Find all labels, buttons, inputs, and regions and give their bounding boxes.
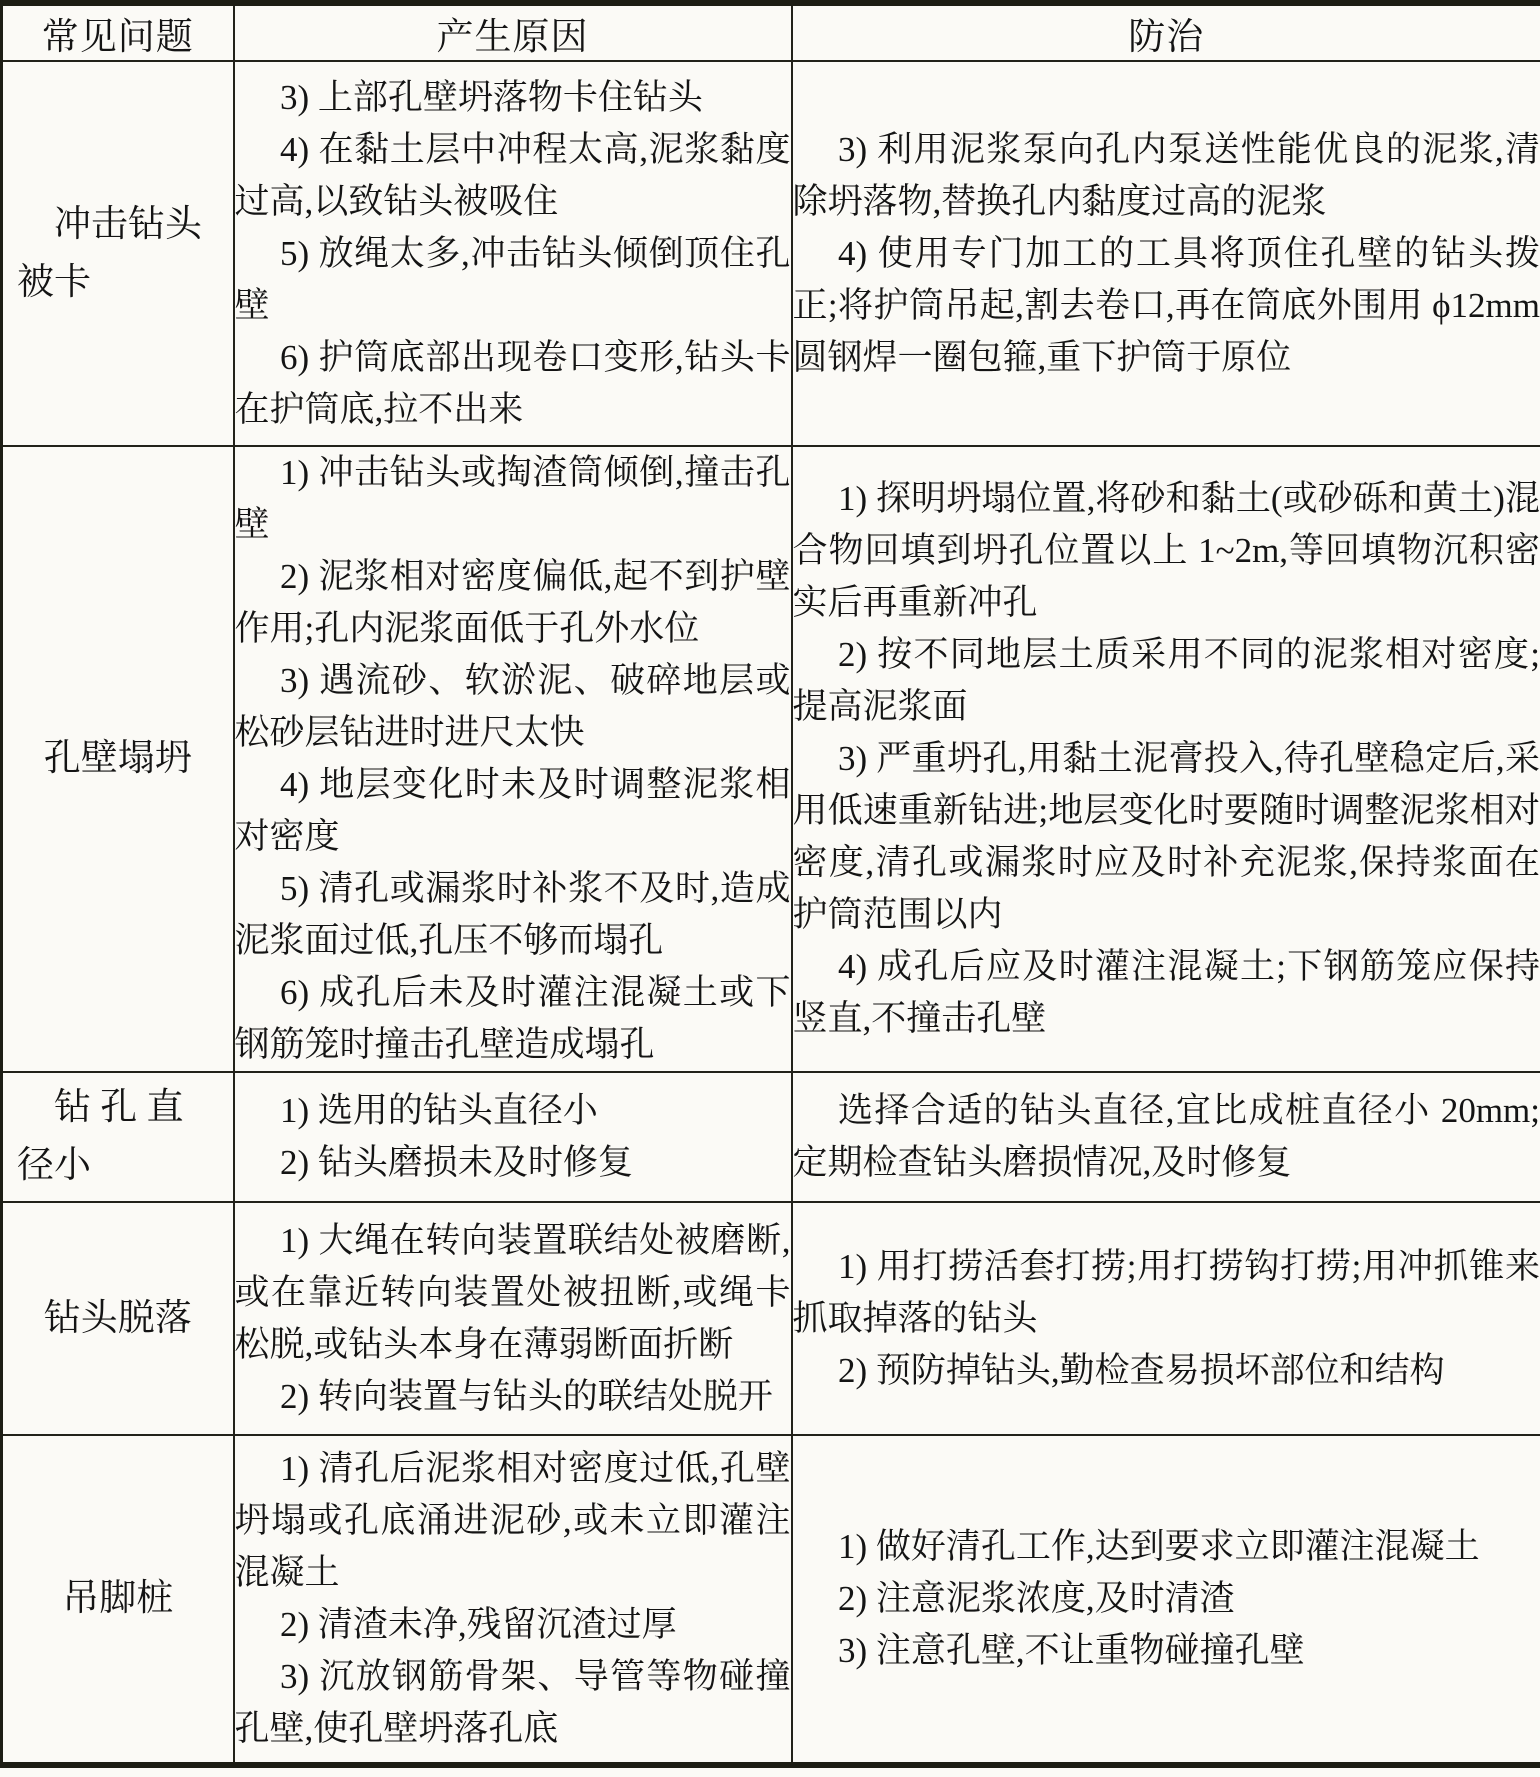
table-row: 冲击钻头 被卡 3) 上部孔壁坍落物卡住钻头 4) 在黏土层中冲程太高,泥浆黏度… — [2, 61, 1540, 446]
prevention-cell: 1) 用打捞活套打捞;用打捞钩打捞;用冲抓锥来抓取掉落的钻头 2) 预防掉钻头,… — [792, 1202, 1540, 1435]
table-row: 钻 孔 直 径小 1) 选用的钻头直径小 2) 钻头磨损未及时修复 选择合适的钻… — [2, 1072, 1540, 1202]
cause-item: 6) 护筒底部出现卷口变形,钻头卡在护筒底,拉不出来 — [235, 332, 791, 436]
cause-item: 4) 在黏土层中冲程太高,泥浆黏度过高,以致钻头被吸住 — [235, 124, 791, 228]
cause-item: 3) 上部孔壁坍落物卡住钻头 — [235, 72, 791, 124]
cause-item: 2) 钻头磨损未及时修复 — [235, 1137, 791, 1189]
header-row: 常见问题 产生原因 防治 — [2, 3, 1540, 61]
prevention-item: 1) 探明坍塌位置,将砂和黏土(或砂砾和黄土)混合物回填到坍孔位置以上 1~2m… — [793, 473, 1540, 629]
prevention-item: 3) 利用泥浆泵向孔内泵送性能优良的泥浆,清除坍落物,替换孔内黏度过高的泥浆 — [793, 124, 1540, 228]
prevention-item: 2) 预防掉钻头,勤检查易损坏部位和结构 — [793, 1345, 1540, 1397]
problem-cell: 吊脚桩 — [2, 1435, 234, 1765]
column-header-cause: 产生原因 — [234, 3, 792, 61]
cause-item: 2) 转向装置与钻头的联结处脱开 — [235, 1371, 791, 1423]
causes-cell: 1) 清孔后泥浆相对密度过低,孔壁坍塌或孔底涌进泥砂,或未立即灌注混凝土 2) … — [234, 1435, 792, 1765]
prevention-cell: 1) 做好清孔工作,达到要求立即灌注混凝土 2) 注意泥浆浓度,及时清渣 3) … — [792, 1435, 1540, 1765]
prevention-item: 3) 注意孔壁,不让重物碰撞孔壁 — [793, 1625, 1540, 1677]
prevention-cell: 3) 利用泥浆泵向孔内泵送性能优良的泥浆,清除坍落物,替换孔内黏度过高的泥浆 4… — [792, 61, 1540, 446]
prevention-item: 4) 成孔后应及时灌注混凝土;下钢筋笼应保持竖直,不撞击孔壁 — [793, 941, 1540, 1045]
prevention-item: 1) 用打捞活套打捞;用打捞钩打捞;用冲抓锥来抓取掉落的钻头 — [793, 1241, 1540, 1345]
prevention-item: 2) 注意泥浆浓度,及时清渣 — [793, 1573, 1540, 1625]
prevention-cell: 选择合适的钻头直径,宜比成桩直径小 20mm;定期检查钻头磨损情况,及时修复 — [792, 1072, 1540, 1202]
column-header-prevention: 防治 — [792, 3, 1540, 61]
problem-cell: 钻头脱落 — [2, 1202, 234, 1435]
cause-item: 6) 成孔后未及时灌注混凝土或下钢筋笼时撞击孔壁造成塌孔 — [235, 967, 791, 1071]
cause-item: 1) 冲击钻头或掏渣筒倾倒,撞击孔壁 — [235, 447, 791, 551]
problem-cell: 钻 孔 直 径小 — [2, 1072, 234, 1202]
column-header-problem: 常见问题 — [2, 3, 234, 61]
cause-item: 3) 沉放钢筋骨架、导管等物碰撞孔壁,使孔壁坍落孔底 — [235, 1651, 791, 1755]
table-row: 钻头脱落 1) 大绳在转向装置联结处被磨断,或在靠近转向装置处被扭断,或绳卡松脱… — [2, 1202, 1540, 1435]
scanned-document-page: 常见问题 产生原因 防治 冲击钻头 被卡 3) 上部孔壁坍落物卡住钻头 4) 在… — [0, 0, 1540, 1777]
causes-cell: 1) 大绳在转向装置联结处被磨断,或在靠近转向装置处被扭断,或绳卡松脱,或钻头本… — [234, 1202, 792, 1435]
prevention-cell: 1) 探明坍塌位置,将砂和黏土(或砂砾和黄土)混合物回填到坍孔位置以上 1~2m… — [792, 446, 1540, 1072]
problem-label: 钻头脱落 — [3, 1290, 233, 1348]
cause-item: 1) 清孔后泥浆相对密度过低,孔壁坍塌或孔底涌进泥砂,或未立即灌注混凝土 — [235, 1443, 791, 1599]
causes-cell: 3) 上部孔壁坍落物卡住钻头 4) 在黏土层中冲程太高,泥浆黏度过高,以致钻头被… — [234, 61, 792, 446]
causes-cell: 1) 冲击钻头或掏渣筒倾倒,撞击孔壁 2) 泥浆相对密度偏低,起不到护壁作用;孔… — [234, 446, 792, 1072]
cause-item: 5) 清孔或漏浆时补浆不及时,造成泥浆面过低,孔压不够而塌孔 — [235, 863, 791, 967]
problem-cell: 孔壁塌坍 — [2, 446, 234, 1072]
cause-item: 2) 泥浆相对密度偏低,起不到护壁作用;孔内泥浆面低于孔外水位 — [235, 551, 791, 655]
prevention-item: 2) 按不同地层土质采用不同的泥浆相对密度;提高泥浆面 — [793, 629, 1540, 733]
causes-cell: 1) 选用的钻头直径小 2) 钻头磨损未及时修复 — [234, 1072, 792, 1202]
cause-item: 1) 大绳在转向装置联结处被磨断,或在靠近转向装置处被扭断,或绳卡松脱,或钻头本… — [235, 1215, 791, 1371]
cause-item: 1) 选用的钻头直径小 — [235, 1085, 791, 1137]
prevention-item: 1) 做好清孔工作,达到要求立即灌注混凝土 — [793, 1521, 1540, 1573]
prevention-item: 选择合适的钻头直径,宜比成桩直径小 20mm;定期检查钻头磨损情况,及时修复 — [793, 1085, 1540, 1189]
table-row: 吊脚桩 1) 清孔后泥浆相对密度过低,孔壁坍塌或孔底涌进泥砂,或未立即灌注混凝土… — [2, 1435, 1540, 1765]
cause-item: 3) 遇流砂、软淤泥、破碎地层或松砂层钻进时进尺太快 — [235, 655, 791, 759]
drilling-problems-table: 常见问题 产生原因 防治 冲击钻头 被卡 3) 上部孔壁坍落物卡住钻头 4) 在… — [0, 0, 1540, 1768]
problem-label: 吊脚桩 — [3, 1570, 233, 1628]
table-row: 孔壁塌坍 1) 冲击钻头或掏渣筒倾倒,撞击孔壁 2) 泥浆相对密度偏低,起不到护… — [2, 446, 1540, 1072]
cause-item: 2) 清渣未净,残留沉渣过厚 — [235, 1599, 791, 1651]
problem-cell: 冲击钻头 被卡 — [2, 61, 234, 446]
problem-label: 冲击钻头 被卡 — [3, 196, 233, 312]
problem-label: 孔壁塌坍 — [3, 730, 233, 788]
prevention-item: 4) 使用专门加工的工具将顶住孔壁的钻头拨正;将护筒吊起,割去卷口,再在筒底外围… — [793, 228, 1540, 384]
cause-item: 4) 地层变化时未及时调整泥浆相对密度 — [235, 759, 791, 863]
cause-item: 5) 放绳太多,冲击钻头倾倒顶住孔壁 — [235, 228, 791, 332]
problem-label: 钻 孔 直 径小 — [3, 1079, 233, 1195]
prevention-item: 3) 严重坍孔,用黏土泥膏投入,待孔壁稳定后,采用低速重新钻进;地层变化时要随时… — [793, 733, 1540, 941]
